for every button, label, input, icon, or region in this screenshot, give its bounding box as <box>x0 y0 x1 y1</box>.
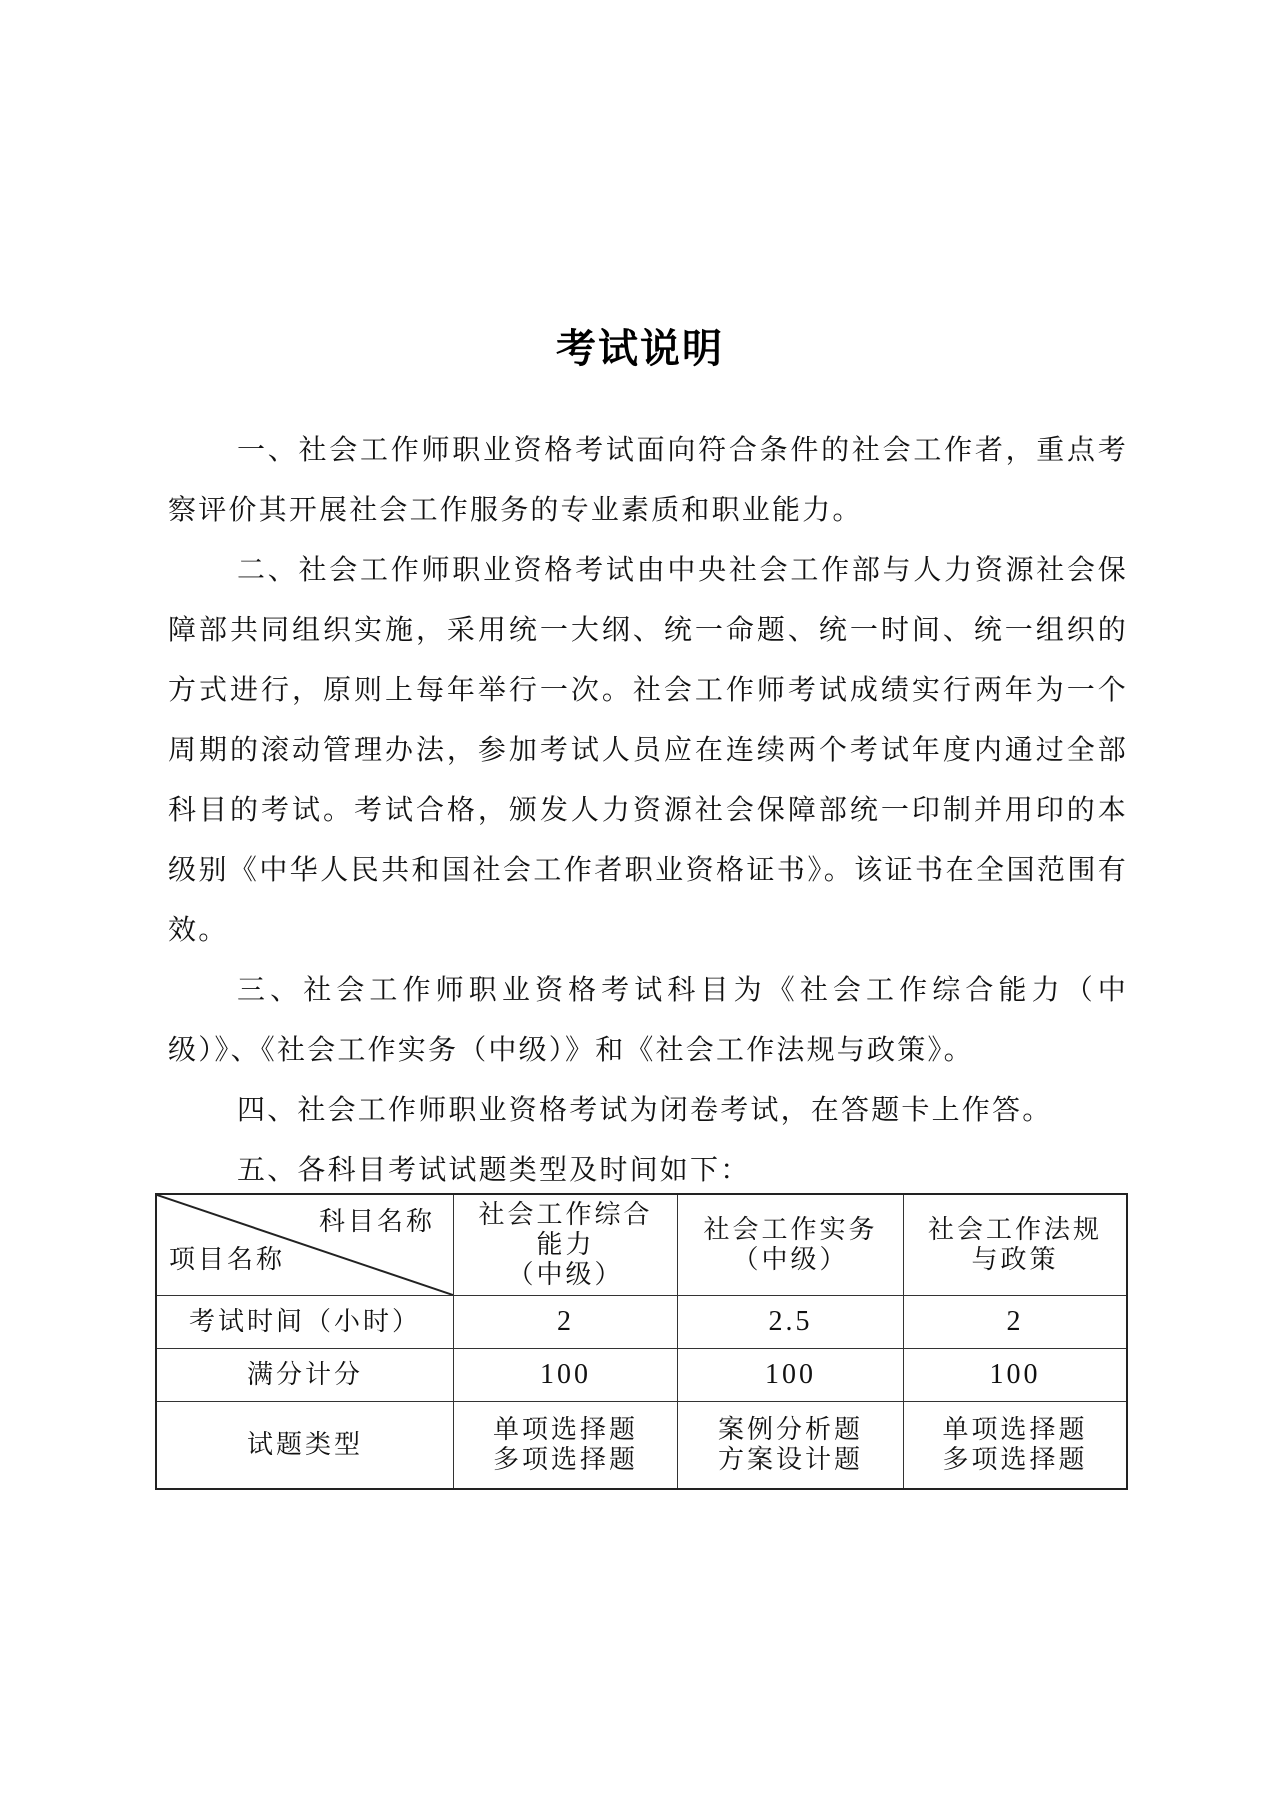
row-label: 考试时间（小时） <box>156 1296 454 1349</box>
exam-subjects-table: 科目名称 项目名称 社会工作综合 能力 （中级） 社会工作实务 （中级） 社会工… <box>155 1193 1128 1490</box>
diagonal-header-cell: 科目名称 项目名称 <box>156 1194 454 1296</box>
table-cell: 案例分析题 方案设计题 <box>678 1402 904 1490</box>
paragraph-2: 二、社会工作师职业资格考试由中央社会工作部与人力资源社会保障部共同组织实施，采用… <box>168 540 1128 960</box>
table-cell: 2 <box>904 1296 1128 1349</box>
paragraph-4: 四、社会工作师职业资格考试为闭卷考试，在答题卡上作答。 <box>168 1080 1128 1140</box>
paragraph-5: 五、各科目考试试题类型及时间如下： <box>168 1140 1128 1200</box>
table-row: 试题类型 单项选择题 多项选择题 案例分析题 方案设计题 单项选择题 多项选择题 <box>156 1402 1127 1490</box>
table-cell: 2.5 <box>678 1296 904 1349</box>
paragraph-3: 三、社会工作师职业资格考试科目为《社会工作综合能力（中级）》、《社会工作实务（中… <box>168 960 1128 1080</box>
subject-name-label: 科目名称 <box>319 1207 435 1237</box>
table-cell: 单项选择题 多项选择题 <box>904 1402 1128 1490</box>
table-cell: 100 <box>678 1349 904 1402</box>
row-label: 满分计分 <box>156 1349 454 1402</box>
table-cell: 2 <box>454 1296 678 1349</box>
table-cell: 100 <box>904 1349 1128 1402</box>
column-header: 社会工作综合 能力 （中级） <box>454 1194 678 1296</box>
row-label: 试题类型 <box>156 1402 454 1490</box>
column-header: 社会工作法规 与政策 <box>904 1194 1128 1296</box>
table-row: 满分计分 100 100 100 <box>156 1349 1127 1402</box>
column-header: 社会工作实务 （中级） <box>678 1194 904 1296</box>
document-body: 一、社会工作师职业资格考试面向符合条件的社会工作者，重点考察评价其开展社会工作服… <box>168 420 1128 1200</box>
page-title: 考试说明 <box>0 317 1280 374</box>
item-name-label: 项目名称 <box>169 1245 285 1275</box>
table-header-row: 科目名称 项目名称 社会工作综合 能力 （中级） 社会工作实务 （中级） 社会工… <box>156 1194 1127 1296</box>
table-row: 考试时间（小时） 2 2.5 2 <box>156 1296 1127 1349</box>
table-cell: 单项选择题 多项选择题 <box>454 1402 678 1490</box>
table-cell: 100 <box>454 1349 678 1402</box>
paragraph-1: 一、社会工作师职业资格考试面向符合条件的社会工作者，重点考察评价其开展社会工作服… <box>168 420 1128 540</box>
